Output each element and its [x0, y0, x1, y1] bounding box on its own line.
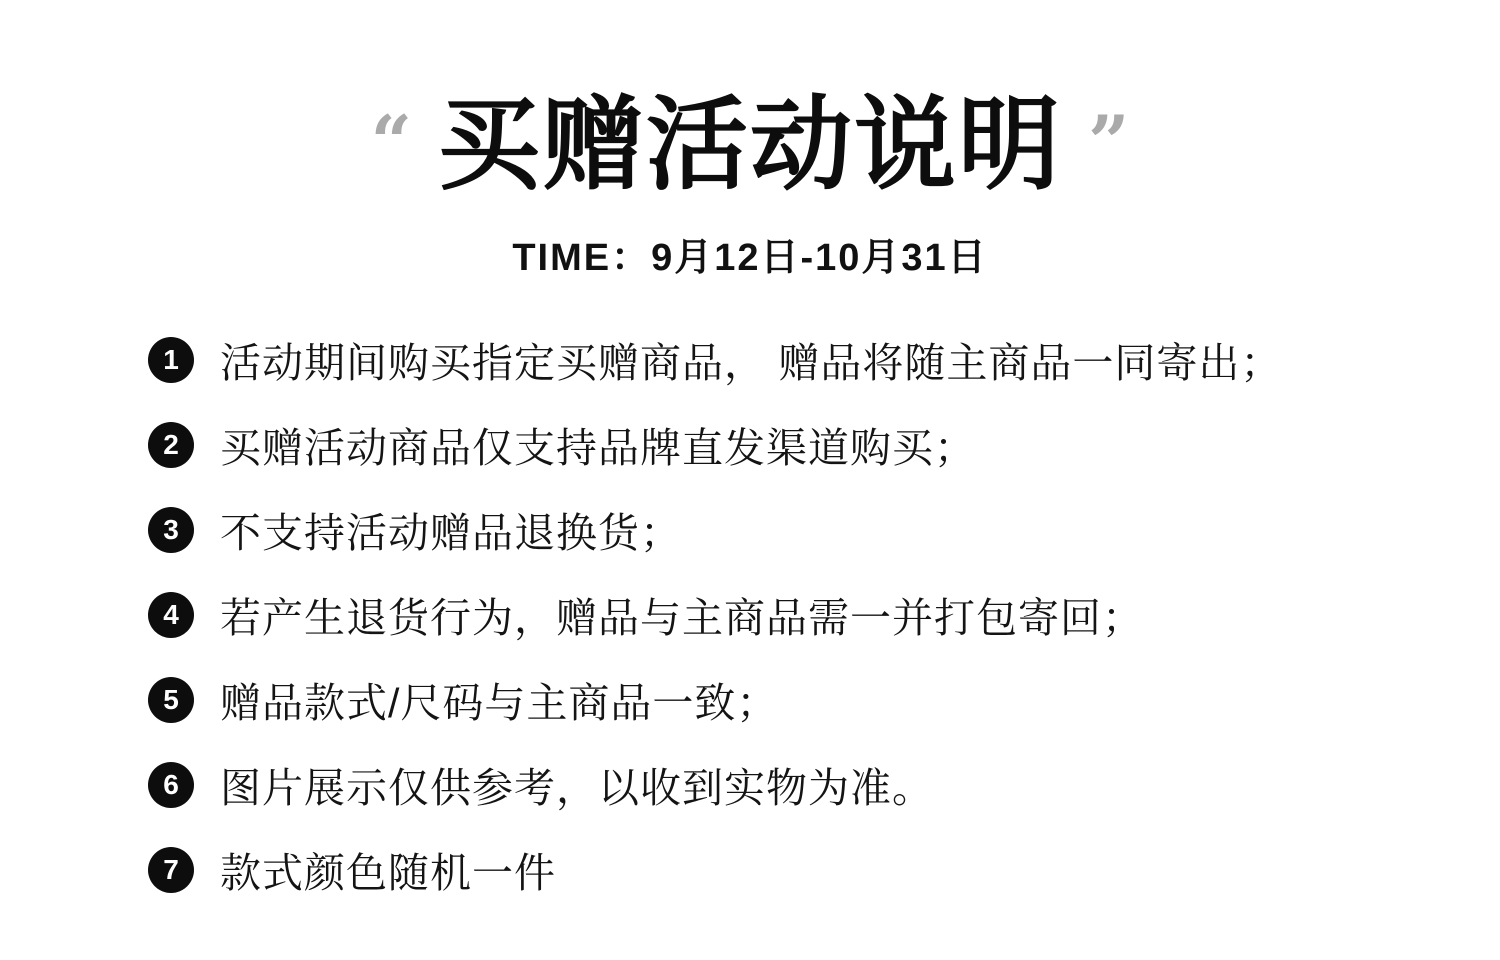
rule-number-badge: 1 — [148, 337, 194, 383]
rule-item: 3 不支持活动赠品退换货； — [148, 487, 1440, 572]
rule-number-badge: 7 — [148, 847, 194, 893]
rule-text: 不支持活动赠品退换货； — [220, 500, 682, 559]
rule-text: 图片展示仅供参考，以收到实物为准。 — [220, 755, 934, 814]
page-title: 买赠活动说明 — [438, 88, 1062, 202]
rule-item: 6 图片展示仅供参考，以收到实物为准。 — [148, 742, 1440, 827]
promo-rules-page: “ 买赠活动说明 ” TIME：9月12日-10月31日 1 活动期间购买指定买… — [0, 0, 1500, 960]
rule-item: 7 款式颜色随机一件 — [148, 827, 1440, 912]
rule-text: 若产生退货行为，赠品与主商品需一并打包寄回； — [220, 585, 1144, 644]
rules-list: 1 活动期间购买指定买赠商品， 赠品将随主商品一同寄出； 2 买赠活动商品仅支持… — [148, 317, 1440, 912]
rule-item: 4 若产生退货行为，赠品与主商品需一并打包寄回； — [148, 572, 1440, 657]
left-quote-mark: “ — [371, 106, 412, 178]
rule-number-badge: 2 — [148, 422, 194, 468]
page-header: “ 买赠活动说明 ” TIME：9月12日-10月31日 — [0, 0, 1500, 281]
rule-text: 活动期间购买指定买赠商品， 赠品将随主商品一同寄出； — [220, 330, 1282, 389]
rule-text: 赠品款式/尺码与主商品一致； — [220, 670, 778, 729]
rule-number-badge: 3 — [148, 507, 194, 553]
rule-number-badge: 6 — [148, 762, 194, 808]
activity-time-range: TIME：9月12日-10月31日 — [0, 226, 1500, 281]
rule-number-badge: 5 — [148, 677, 194, 723]
right-quote-mark: ” — [1088, 106, 1129, 178]
rule-item: 2 买赠活动商品仅支持品牌直发渠道购买； — [148, 402, 1440, 487]
rule-text: 买赠活动商品仅支持品牌直发渠道购买； — [220, 415, 976, 474]
rule-item: 5 赠品款式/尺码与主商品一致； — [148, 657, 1440, 742]
rule-number-badge: 4 — [148, 592, 194, 638]
title-line: “ 买赠活动说明 ” — [371, 88, 1130, 202]
rule-text: 款式颜色随机一件 — [220, 840, 556, 899]
rule-item: 1 活动期间购买指定买赠商品， 赠品将随主商品一同寄出； — [148, 317, 1440, 402]
